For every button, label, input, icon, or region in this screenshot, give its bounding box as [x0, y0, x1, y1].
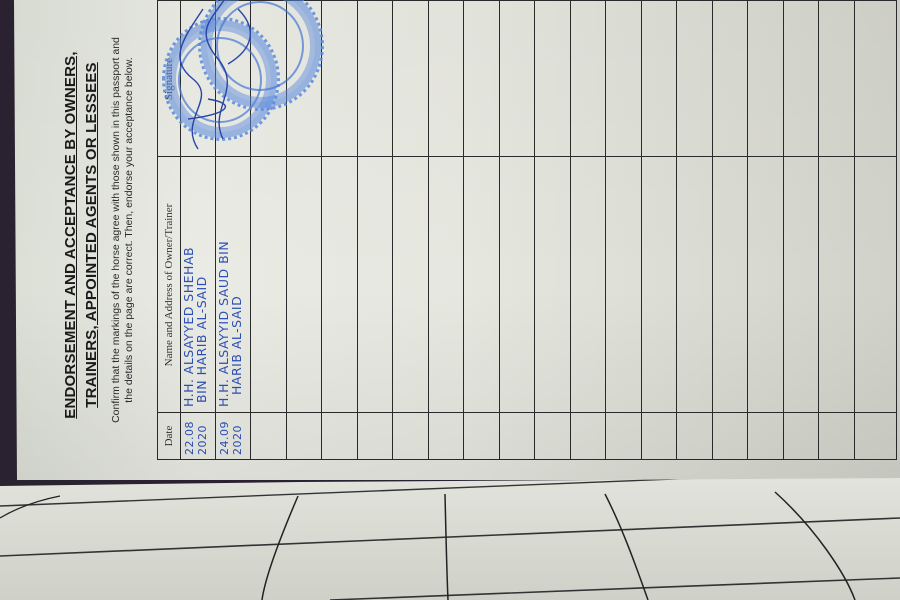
- grid-lines: [0, 478, 900, 600]
- row-divider: [712, 1, 713, 459]
- column-header-date: Date: [158, 413, 180, 459]
- facing-page-grid: [0, 478, 900, 600]
- endorsement-table: Date Name and Address of Owner/Trainer S…: [157, 0, 897, 460]
- endorsement-form: ENDORSEMENT AND ACCEPTANCE BY OWNERS, TR…: [14, 0, 894, 470]
- row-divider: [641, 1, 642, 459]
- row-divider: [499, 1, 500, 459]
- instruction-line-2: the details on the page are correct. The…: [123, 0, 135, 460]
- row-divider: [605, 1, 606, 459]
- form-title-line-2: TRAINERS, APPOINTED AGENTS OR LESSEES: [83, 0, 100, 470]
- column-divider: [158, 412, 896, 413]
- row-date-line-1: 22.08: [184, 421, 196, 455]
- row-name-line-2: BIN HARIB AL-SAID: [196, 276, 208, 403]
- passport-page: ENDORSEMENT AND ACCEPTANCE BY OWNERS, TR…: [14, 0, 900, 480]
- row-divider: [570, 1, 571, 459]
- row-date-line-2: 2020: [197, 425, 209, 455]
- instruction-line-1: Confirm that the markings of the horse a…: [110, 0, 122, 460]
- row-divider: [783, 1, 784, 459]
- row-date-line-2: 2020: [232, 425, 244, 455]
- row-divider: [392, 1, 393, 459]
- row-divider: [321, 1, 322, 459]
- column-header-name-address: Name and Address of Owner/Trainer: [158, 157, 180, 413]
- row-divider: [854, 1, 855, 459]
- form-title-line-1: ENDORSEMENT AND ACCEPTANCE BY OWNERS,: [62, 0, 79, 470]
- row-divider: [676, 1, 677, 459]
- row-divider: [534, 1, 535, 459]
- handwritten-signature: [168, 0, 278, 159]
- row-name-line-2: HARIB AL-SAID: [231, 296, 243, 395]
- row-divider: [428, 1, 429, 459]
- row-divider: [747, 1, 748, 459]
- row-divider: [357, 1, 358, 459]
- row-divider: [818, 1, 819, 459]
- row-divider: [463, 1, 464, 459]
- row-date-line-1: 24.09: [219, 421, 231, 455]
